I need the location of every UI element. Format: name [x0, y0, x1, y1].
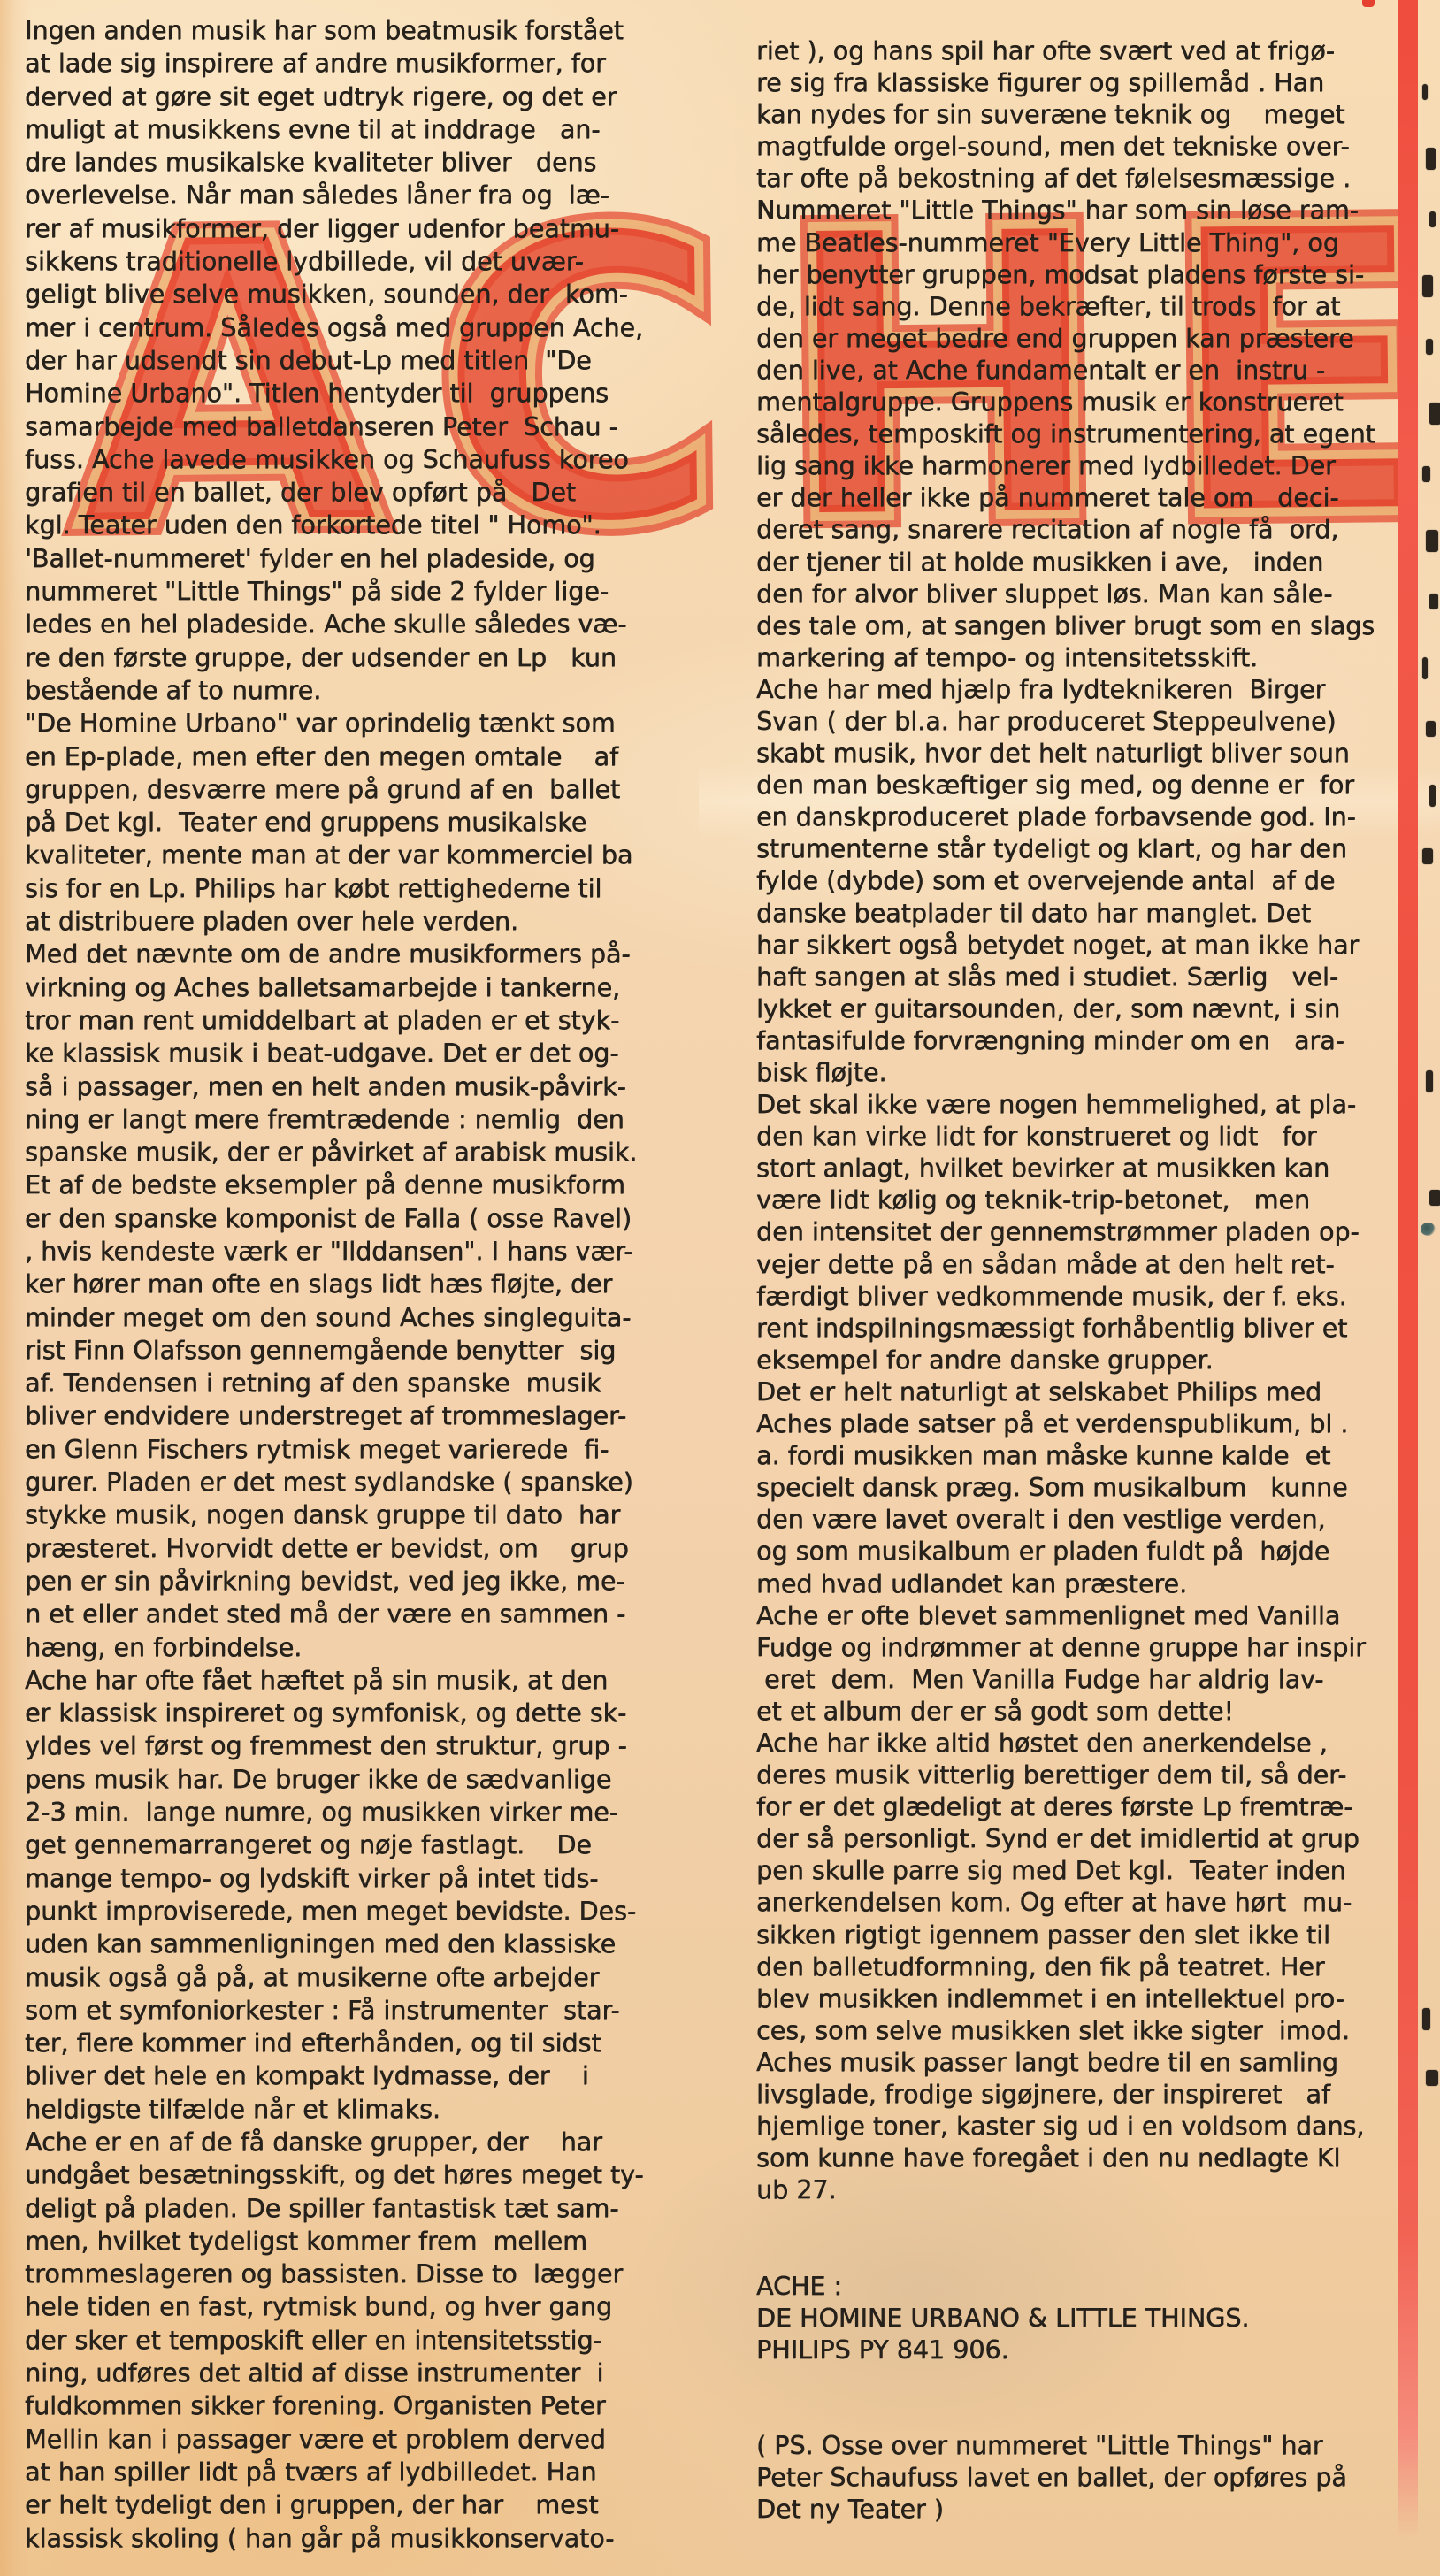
text-line: Ache har ofte fået hæftet på sin musik, …	[25, 1664, 699, 1697]
text-line: der har udsendt sin debut-Lp med titlen …	[25, 344, 699, 377]
text-line: med hvad udlandet kan præstere.	[756, 1568, 1381, 1600]
text-line: den intensitet der gennemstrømmer pladen…	[756, 1216, 1381, 1248]
text-line: og som musikalbum er pladen fuldt på høj…	[756, 1536, 1381, 1568]
text-line: deret sang, snarere recitation af nogle …	[756, 514, 1381, 546]
edge-text-fragment	[1422, 2008, 1430, 2030]
text-line: Ache har med hjælp fra lydteknikeren Bir…	[756, 674, 1381, 706]
text-line: me Beatles-nummeret "Every Little Thing"…	[756, 227, 1381, 259]
text-line: samarbejde med balletdanseren Peter Scha…	[25, 410, 699, 443]
edge-text-fragment	[1429, 594, 1438, 609]
text-line: men, hvilket tydeligst kommer frem melle…	[25, 2225, 699, 2258]
text-line: ub 27.	[756, 2174, 1381, 2206]
text-line: bestående af to numre.	[25, 674, 699, 707]
text-line: fylde (dybde) som et overvejende antal a…	[756, 865, 1381, 897]
text-line: trommeslageren og bassisten. Disse to læ…	[25, 2258, 699, 2290]
text-line: spanske musik, der er påvirket af arabis…	[25, 1136, 699, 1169]
text-line: riet ), og hans spil har ofte svært ved …	[756, 35, 1381, 67]
text-line: gurer. Pladen er det mest sydlandske ( s…	[25, 1466, 699, 1499]
text-line: danske beatplader til dato har manglet. …	[756, 898, 1381, 930]
scan-page: ACHE ACHE Ingen anden musik har som beat…	[0, 0, 1440, 2576]
text-line: ACHE :	[756, 2271, 1381, 2303]
text-line: dre landes musikalske kvaliteter bliver …	[25, 146, 699, 179]
text-line: deres musik vitterlig berettiger dem til…	[756, 1759, 1381, 1791]
text-line: Ache har ikke altid høstet den anerkende…	[756, 1728, 1381, 1759]
text-line: bliver det hele en kompakt lydmasse, der…	[25, 2059, 699, 2092]
red-edge-stripe	[1398, 0, 1418, 2539]
text-line: den være lavet overalt i den vestlige ve…	[756, 1504, 1381, 1536]
text-line: haft sangen at slås med i studiet. Særli…	[756, 962, 1381, 993]
text-line: sis for en Lp. Philips har købt rettighe…	[25, 872, 699, 905]
text-line: stort anlagt, hvilket bevirker at musikk…	[756, 1153, 1381, 1184]
text-line: den balletudformning, den fik på teatret…	[756, 1951, 1381, 1983]
ink-smudge	[1421, 1223, 1436, 1236]
text-line: ces, som selve musikken slet ikke sigter…	[756, 2015, 1381, 2047]
text-line	[756, 2206, 1381, 2238]
text-line: sikken rigtigt igennem passer den slet i…	[756, 1920, 1381, 1951]
text-line: anerkendelsen kom. Og efter at have hørt…	[756, 1887, 1381, 1919]
text-line	[756, 2238, 1381, 2270]
edge-text-fragment	[1426, 721, 1436, 737]
text-line: tror man rent umiddelbart at pladen er e…	[25, 1004, 699, 1037]
text-line: færdigt bliver vedkommende musik, der f.…	[756, 1281, 1381, 1313]
text-line: bisk fløjte.	[756, 1057, 1381, 1089]
text-line: ter, flere kommer ind efterhånden, og ti…	[25, 2027, 699, 2059]
red-corner-mark	[1362, 0, 1375, 7]
edge-text-fragment	[1422, 275, 1433, 297]
text-line: af. Tendensen i retning af den spanske m…	[25, 1367, 699, 1399]
text-line: den er meget bedre end gruppen kan præst…	[756, 323, 1381, 355]
text-line: som kunne have foregået i den nu nedlagt…	[756, 2143, 1381, 2174]
text-line: virkning og Aches balletsamarbejde i tan…	[25, 971, 699, 1004]
text-line: kan nydes for sin suveræne teknik og meg…	[756, 99, 1381, 131]
text-line: en danskproduceret plade forbavsende god…	[756, 801, 1381, 833]
text-line: ledes en hel pladeside. Ache skulle såle…	[25, 608, 699, 640]
text-line: magtfulde orgel-sound, men det tekniske …	[756, 131, 1381, 163]
text-line: den man beskæftiger sig med, og denne er…	[756, 770, 1381, 801]
text-line: a. fordi musikken man måske kunne kalde …	[756, 1440, 1381, 1472]
article-column-right: riet ), og hans spil har ofte svært ved …	[756, 35, 1381, 2526]
text-line: der så personligt. Synd er det imidlerti…	[756, 1823, 1381, 1855]
text-line: heldigste tilfælde når et klimaks.	[25, 2093, 699, 2126]
edge-text-fragment	[1429, 785, 1436, 807]
text-line: et et album der er så godt som dette!	[756, 1696, 1381, 1728]
text-line: Det ny Teater )	[756, 2494, 1381, 2526]
text-line: være lidt kølig og teknik-trip-betonet, …	[756, 1184, 1381, 1216]
text-line: , hvis kendeste værk er "Ilddansen". I h…	[25, 1235, 699, 1268]
text-line: overlevelse. Når man således låner fra o…	[25, 179, 699, 211]
text-line: 'Ballet-nummeret' fylder en hel pladesid…	[25, 542, 699, 575]
text-line: på Det kgl. Teater end gruppens musikals…	[25, 806, 699, 839]
text-line: sikkens traditionelle lydbillede, vil de…	[25, 245, 699, 278]
text-line: Ingen anden musik har som beatmusik fors…	[25, 14, 699, 47]
text-line: ning er langt mere fremtrædende : nemlig…	[25, 1103, 699, 1136]
text-line: pens musik har. De bruger ikke de sædvan…	[25, 1763, 699, 1796]
text-line: pen er sin påvirkning bevidst, ved jeg i…	[25, 1565, 699, 1598]
text-line: mer i centrum. Således også med gruppen …	[25, 311, 699, 344]
text-line: fuss. Ache lavede musikken og Schaufuss …	[25, 443, 699, 476]
text-line: deligt på pladen. De spiller fantastisk …	[25, 2192, 699, 2225]
text-line: strumenterne står tydeligt og klart, og …	[756, 833, 1381, 865]
text-line: PHILIPS PY 841 906.	[756, 2334, 1381, 2366]
text-line: derved at gøre sit eget udtryk rigere, o…	[25, 80, 699, 113]
text-line: uden kan sammenligningen med den klassis…	[25, 1928, 699, 1960]
text-line: yldes vel først og fremmest den struktur…	[25, 1729, 699, 1762]
text-line: nummeret "Little Things" på side 2 fylde…	[25, 575, 699, 608]
text-line: skabt musik, hvor det helt naturligt bli…	[756, 738, 1381, 770]
text-line: de, lidt sang. Denne bekræfter, til trod…	[756, 291, 1381, 323]
text-line: fuldkommen sikker forening. Organisten P…	[25, 2389, 699, 2422]
edge-text-fragment	[1426, 339, 1433, 355]
edge-text-fragment	[1429, 1190, 1440, 1206]
text-line: minder meget om den sound Aches singlegu…	[25, 1301, 699, 1334]
text-line: Det er helt naturligt at selskabet Phili…	[756, 1376, 1381, 1408]
text-line: er klassisk inspireret og symfonisk, og …	[25, 1697, 699, 1729]
text-line: mentalgruppe. Gruppens musik er konstrue…	[756, 387, 1381, 418]
text-line: rist Finn Olafsson gennemgående benytter…	[25, 1334, 699, 1367]
text-line: Svan ( der bl.a. har produceret Steppeul…	[756, 706, 1381, 738]
edge-text-fragment	[1429, 211, 1436, 227]
text-line: som et symfoniorkester : Få instrumenter…	[25, 1994, 699, 2027]
edge-text-fragment	[1426, 2070, 1438, 2086]
text-line: Homine Urbano". Titlen hentyder til grup…	[25, 377, 699, 410]
text-line	[756, 2398, 1381, 2430]
text-line: ke klassisk musik i beat-udgave. Det er …	[25, 1037, 699, 1069]
text-line: at lade sig inspirere af andre musikform…	[25, 47, 699, 80]
text-line: "De Homine Urbano" var oprindelig tænkt …	[25, 707, 699, 740]
text-line: Ache er ofte blevet sammenlignet med Van…	[756, 1600, 1381, 1632]
edge-text-fragment	[1422, 466, 1430, 482]
text-line: Nummeret "Little Things" har som sin løs…	[756, 195, 1381, 226]
text-line: en Ep-plade, men efter den megen omtale …	[25, 740, 699, 773]
text-line: pen skulle parre sig med Det kgl. Teater…	[756, 1855, 1381, 1887]
text-line: hjemlige toner, kaster sig ud i en volds…	[756, 2111, 1381, 2143]
text-line: klassisk skoling ( han går på musikkonse…	[25, 2522, 699, 2555]
edge-text-fragment	[1422, 84, 1428, 100]
edge-text-fragment	[1422, 848, 1433, 864]
text-line: der sker et temposkift eller en intensit…	[25, 2324, 699, 2357]
edge-text-fragment	[1426, 148, 1436, 170]
text-line: eksempel for andre danske grupper.	[756, 1345, 1381, 1376]
text-line: kgl. Teater uden den forkortede titel " …	[25, 509, 699, 541]
text-line: 2-3 min. lange numre, og musikken virker…	[25, 1796, 699, 1828]
text-line: ning, udføres det altid af disse instrum…	[25, 2357, 699, 2389]
text-line: geligt blive selve musikken, sounden, de…	[25, 278, 699, 310]
text-line: hele tiden en fast, rytmisk bund, og hve…	[25, 2290, 699, 2323]
text-line: DE HOMINE URBANO & LITTLE THINGS.	[756, 2303, 1381, 2334]
text-line: specielt dansk præg. Som musikalbum kunn…	[756, 1472, 1381, 1504]
text-line: her benytter gruppen, modsat pladens før…	[756, 259, 1381, 291]
text-line: Med det nævnte om de andre musikformers …	[25, 938, 699, 970]
text-line: bliver endvidere understreget af trommes…	[25, 1399, 699, 1432]
edge-text-fragment	[1426, 530, 1438, 552]
text-line: musik også gå på, at musikerne ofte arbe…	[25, 1961, 699, 1994]
text-line: er den spanske komponist de Falla ( osse…	[25, 1202, 699, 1235]
text-line: således, temposkift og instrumentering, …	[756, 418, 1381, 450]
article-column-left: Ingen anden musik har som beatmusik fors…	[25, 14, 699, 2555]
text-line: der tjener til at holde musikken i ave, …	[756, 547, 1381, 579]
text-line: ker hører man ofte en slags lidt hæs flø…	[25, 1268, 699, 1300]
text-line: mange tempo- og lydskift virker på intet…	[25, 1862, 699, 1895]
text-line: undgået besætningsskift, og det høres me…	[25, 2158, 699, 2191]
text-line: vejer dette på en sådan måde at den helt…	[756, 1249, 1381, 1281]
text-line: Ache er en af de få danske grupper, der …	[25, 2126, 699, 2158]
text-line: stykke musik, nogen dansk gruppe til dat…	[25, 1499, 699, 1531]
text-line: tar ofte på bekostning af det følelsesmæ…	[756, 163, 1381, 195]
edge-text-fragment	[1422, 657, 1428, 679]
text-line: lig sang ikke harmonerer med lydbilledet…	[756, 450, 1381, 482]
text-line: for er det glædeligt at deres første Lp …	[756, 1791, 1381, 1823]
text-line: markering af tempo- og intensitetsskift.	[756, 642, 1381, 674]
edge-text-fragment	[1429, 402, 1440, 425]
text-line: Mellin kan i passager være et problem de…	[25, 2423, 699, 2456]
text-line: så i passager, men en helt anden musik-p…	[25, 1070, 699, 1103]
text-line: at distribuere pladen over hele verden.	[25, 905, 699, 938]
text-line: Aches plade satser på et verdenspublikum…	[756, 1408, 1381, 1440]
text-line: livsglade, frodige sigøjnere, der inspir…	[756, 2079, 1381, 2111]
text-line: er helt tydeligt den i gruppen, der har …	[25, 2488, 699, 2521]
text-line: re sig fra klassiske figurer og spillemå…	[756, 67, 1381, 99]
text-line: Fudge og indrømmer at denne gruppe har i…	[756, 1632, 1381, 1664]
text-line: gruppen, desværre mere på grund af en ba…	[25, 773, 699, 806]
text-line: Et af de bedste eksempler på denne musik…	[25, 1169, 699, 1201]
text-line	[756, 2366, 1381, 2398]
text-line: ( PS. Osse over nummeret "Little Things"…	[756, 2430, 1381, 2462]
text-line: den live, at Ache fundamentalt er en ins…	[756, 355, 1381, 387]
text-line: er der heller ikke på nummeret tale om d…	[756, 482, 1381, 514]
text-line: rent indspilningsmæssigt forhåbentlig bl…	[756, 1313, 1381, 1345]
text-line: hæng, en forbindelse.	[25, 1631, 699, 1664]
text-line: muligt at musikkens evne til at inddrage…	[25, 113, 699, 146]
text-line: Peter Schaufuss lavet en ballet, der opf…	[756, 2462, 1381, 2494]
text-line: Det skal ikke være nogen hemmelighed, at…	[756, 1089, 1381, 1121]
text-line: des tale om, at sangen bliver brugt som …	[756, 610, 1381, 642]
text-line: den for alvor bliver sluppet løs. Man ka…	[756, 579, 1381, 610]
text-line: eret dem. Men Vanilla Fudge har aldrig l…	[756, 1664, 1381, 1696]
text-line: den kan virke lidt for konstrueret og li…	[756, 1121, 1381, 1153]
text-line: fantasifulde forvrængning minder om en a…	[756, 1025, 1381, 1057]
text-line: get gennemarrangeret og nøje fastlagt. D…	[25, 1828, 699, 1861]
text-line: grafien til en ballet, der blev opført p…	[25, 476, 699, 509]
text-line: at han spiller lidt på tværs af lydbille…	[25, 2456, 699, 2488]
text-line: punkt improviserede, men meget bevidste.…	[25, 1895, 699, 1928]
text-line: rer af musikformer, der ligger udenfor b…	[25, 212, 699, 245]
text-line: blev musikken indlemmet i en intellektue…	[756, 1983, 1381, 2015]
text-line: har sikkert også betydet noget, at man i…	[756, 930, 1381, 962]
text-line: lykket er guitarsounden, der, som nævnt,…	[756, 993, 1381, 1025]
text-line: en Glenn Fischers rytmisk meget variered…	[25, 1433, 699, 1466]
text-line: n et eller andet sted må der være en sam…	[25, 1598, 699, 1630]
edge-text-fragment	[1426, 1070, 1433, 1092]
text-line: kvaliteter, mente man at der var kommerc…	[25, 839, 699, 871]
text-line: re den første gruppe, der udsender en Lp…	[25, 641, 699, 674]
text-line: Aches musik passer langt bedre til en sa…	[756, 2047, 1381, 2079]
text-line: præsteret. Hvorvidt dette er bevidst, om…	[25, 1532, 699, 1565]
